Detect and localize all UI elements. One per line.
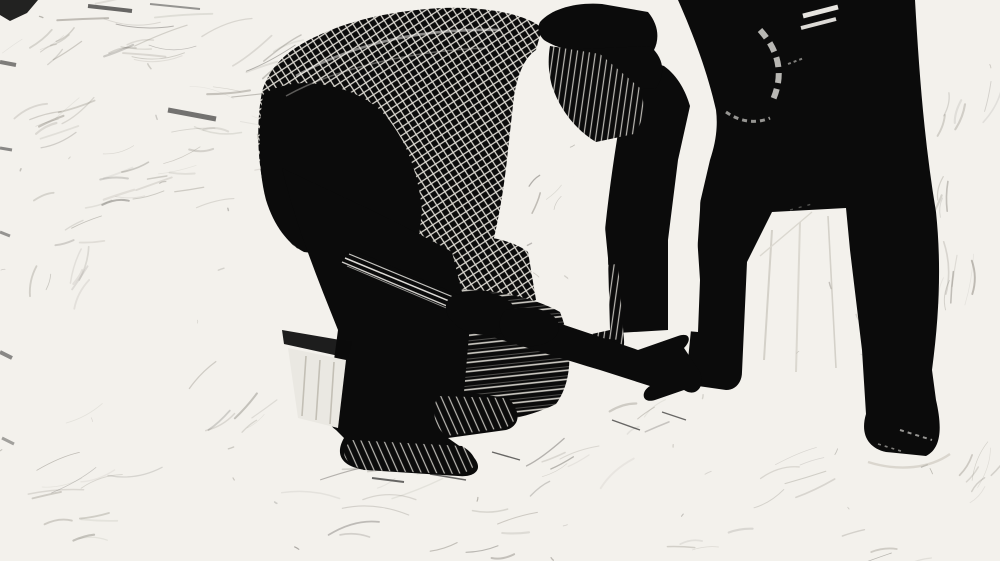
woodcut-artwork: Two Workers with a Pickaxe [0,0,1000,561]
woodcut-canvas [0,0,1000,561]
